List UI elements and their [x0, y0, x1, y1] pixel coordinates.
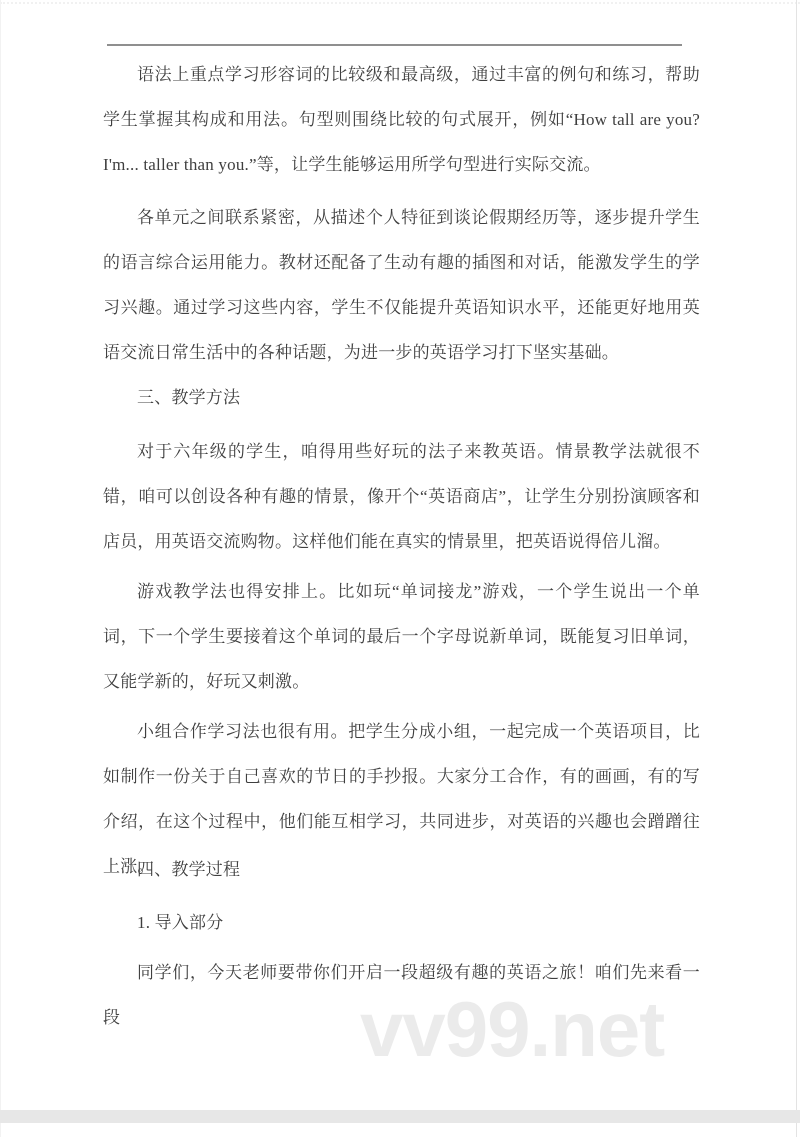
site-watermark: vv99.net	[360, 990, 664, 1068]
subheading-introduction-part: 1. 导入部分	[103, 900, 700, 945]
paragraph-game-teaching: 游戏教学法也得安排上。比如玩“单词接龙”游戏，一个学生说出一个单词，下一个学生要…	[103, 569, 700, 704]
page-right-edge	[796, 0, 797, 1137]
paragraph-unit-links: 各单元之间联系紧密，从描述个人特征到谈论假期经历等，逐步提升学生的语言综合运用能…	[103, 195, 700, 375]
header-rule-line	[107, 44, 682, 46]
document-page: 语法上重点学习形容词的比较级和最高级，通过丰富的例句和练习，帮助学生掌握其构成和…	[0, 0, 800, 1137]
heading-teaching-methods: 三、教学方法	[103, 375, 700, 420]
page-top-edge	[0, 2, 800, 4]
paragraph-grammar-focus: 语法上重点学习形容词的比较级和最高级，通过丰富的例句和练习，帮助学生掌握其构成和…	[103, 52, 700, 187]
page-left-edge	[0, 0, 1, 1137]
paragraph-situational-teaching: 对于六年级的学生，咱得用些好玩的法子来教英语。情景教学法就很不错，咱可以创设各种…	[103, 429, 700, 564]
heading-teaching-process: 四、教学过程	[103, 847, 700, 892]
bottom-gray-band	[0, 1110, 800, 1123]
